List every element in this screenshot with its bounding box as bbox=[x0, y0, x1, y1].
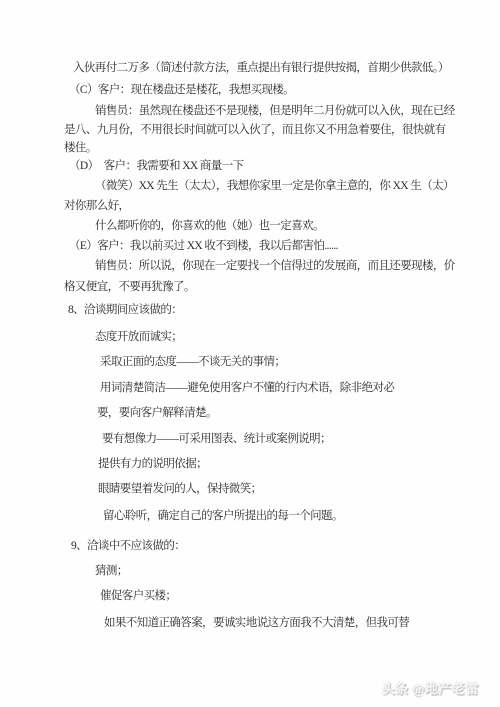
watermark-toutiao: 头条 @地产老雷 bbox=[382, 678, 479, 697]
document-page: 入伙再付二万多（简述付款方法，重点提出有银行提供按揭，首期少供款低。） （C）客… bbox=[0, 0, 500, 707]
doc-line: 什么都听你的，你喜欢的他（她）也一定喜欢。 bbox=[95, 220, 324, 233]
doc-list-item: 要有想像力——可采用图表、统计或案例说明； bbox=[102, 433, 331, 446]
doc-line: （D） 客户：我需要和 XX 商量一下 bbox=[69, 160, 244, 173]
doc-list-item: 留心聆听，确定自己的客户所提出的每一个问题。 bbox=[103, 510, 343, 523]
doc-list-item: 采取正面的态度——不谈无关的事情； bbox=[100, 356, 285, 369]
doc-line: 楼住。 bbox=[64, 142, 97, 155]
doc-list-item: 用词清楚简洁——避免使用客户不懂的行内术语，除非绝对必 bbox=[100, 382, 394, 395]
doc-line: 格又便宜，不要再犹豫了。 bbox=[64, 281, 195, 294]
doc-list-item: 如果不知道正确答案，要诚实地说这方面我不大清楚，但我可替 bbox=[104, 617, 409, 630]
doc-list-item: 要，要向客户解释清楚。 bbox=[97, 407, 217, 420]
doc-line: 对你那么好， bbox=[64, 200, 129, 213]
doc-line: 销售员：虽然现在楼盘还不是现楼，但是明年二月份就可以入伙，现在已经 bbox=[95, 105, 455, 118]
doc-line: （C）客户：现在楼盘还是楼花，我想买现楼。 bbox=[69, 84, 294, 97]
doc-list-item: 态度开放而诚实； bbox=[95, 331, 182, 344]
doc-section-heading-9: 9、洽谈中不应该做的： bbox=[71, 540, 185, 553]
doc-line: 入伙再付二万多（简述付款方法，重点提出有银行提供按揭，首期少供款低。） bbox=[73, 62, 449, 75]
doc-line: 是八、九月份，不用很长时间就可以入伙了，而且你又不用急着要住，很快就有 bbox=[64, 124, 446, 137]
doc-list-item: 催促客户买楼； bbox=[100, 590, 176, 603]
doc-list-item: 猜测； bbox=[95, 565, 128, 578]
doc-line: 销售员：所以说，你现在一定要找一个信得过的发展商，而且还要现楼，价 bbox=[95, 260, 455, 273]
doc-line: （E）客户：我以前买过 XX 收不到楼，我以后都害怕...... bbox=[69, 240, 338, 253]
doc-section-heading-8: 8、洽谈期间应该做的： bbox=[68, 304, 182, 317]
doc-line: （微笑）XX 先生（太太），我想你家里一定是你拿主意的，你 XX 生（太） bbox=[95, 180, 454, 193]
doc-list-item: 提供有力的说明依据； bbox=[98, 458, 207, 471]
doc-list-item: 眼睛要望着发问的人，保持微笑； bbox=[98, 483, 262, 496]
